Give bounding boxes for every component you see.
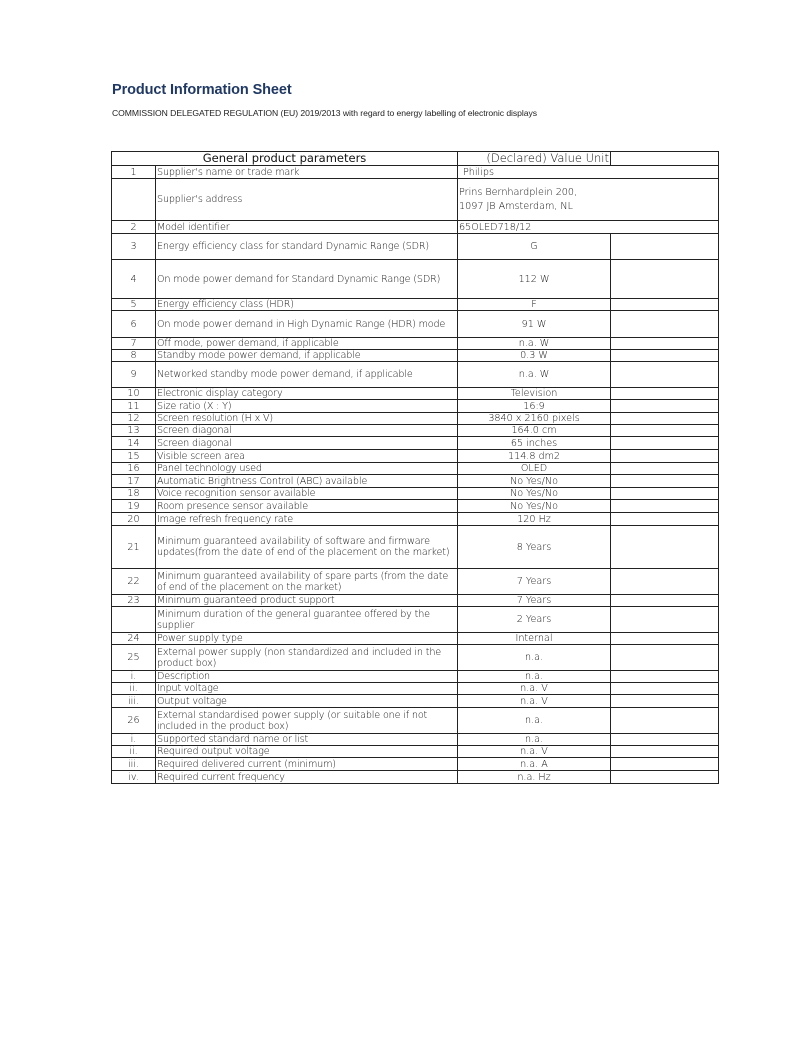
- table-row: 16Panel technology usedOLED: [112, 463, 719, 475]
- declared-value: 8 Years: [458, 526, 611, 569]
- declared-value: G: [458, 234, 611, 260]
- parameter-label: Automatic Brightness Control (ABC) avail…: [156, 475, 458, 488]
- row-number: ii.: [112, 746, 156, 758]
- parameter-label: External power supply (non standardized …: [156, 645, 458, 671]
- declared-value: 3840 x 2160 pixels: [458, 413, 611, 425]
- row-number: 3: [112, 234, 156, 260]
- row-number: 9: [112, 362, 156, 388]
- row-number: 21: [112, 526, 156, 569]
- table-row: 25External power supply (non standardize…: [112, 645, 719, 671]
- parameter-label: Image refresh frequency rate: [156, 513, 458, 526]
- parameter-label: Minimum guaranteed product support: [156, 595, 458, 607]
- declared-value: No Yes/No: [458, 500, 611, 513]
- table-row: 17Automatic Brightness Control (ABC) ava…: [112, 475, 719, 488]
- row-number: 6: [112, 311, 156, 338]
- parameter-label: Minimum duration of the general guarante…: [156, 607, 458, 633]
- parameter-label: Size ratio (X : Y): [156, 400, 458, 413]
- row-number: 18: [112, 488, 156, 500]
- unit-empty-cell: [611, 437, 719, 450]
- table-row: iii.Output voltagen.a. V: [112, 695, 719, 708]
- row-number: 14: [112, 437, 156, 450]
- table-row: i.Supported standard name or listn.a.: [112, 734, 719, 746]
- parameter-label: Description: [156, 671, 458, 683]
- table-row: 21Minimum guaranteed availability of sof…: [112, 526, 719, 569]
- declared-value: 91 W: [458, 311, 611, 338]
- unit-empty-cell: [611, 695, 719, 708]
- unit-empty-cell: [611, 362, 719, 388]
- unit-empty-cell: [611, 425, 719, 437]
- table-row: 18Voice recognition sensor availableNo Y…: [112, 488, 719, 500]
- table-row: 7Off mode, power demand, if applicablen.…: [112, 338, 719, 350]
- parameter-label: Energy efficiency class (HDR): [156, 299, 458, 311]
- declared-value: n.a.: [458, 734, 611, 746]
- row-number: 7: [112, 338, 156, 350]
- declared-value: Philips: [458, 166, 719, 179]
- unit-empty-cell: [611, 671, 719, 683]
- unit-empty-cell: [611, 633, 719, 645]
- declared-value: n.a. V: [458, 683, 611, 695]
- address-line-2: 1097 JB Amsterdam, NL: [459, 201, 716, 212]
- parameter-label: Voice recognition sensor available: [156, 488, 458, 500]
- table-row: iv.Required current frequencyn.a. Hz: [112, 771, 719, 784]
- parameter-label: Required current frequency: [156, 771, 458, 784]
- declared-value: Prins Bernhardplein 200,1097 JB Amsterda…: [458, 179, 719, 221]
- parameter-label: Model identifier: [156, 221, 458, 234]
- product-parameters-table: General product parameters (Declared) Va…: [111, 151, 719, 784]
- declared-value: 65 inches: [458, 437, 611, 450]
- table-row: Minimum duration of the general guarante…: [112, 607, 719, 633]
- table-row: 11Size ratio (X : Y)16:9: [112, 400, 719, 413]
- row-number: 26: [112, 708, 156, 734]
- table-row: 2Model identifier65OLED718/12: [112, 221, 719, 234]
- unit-empty-cell: [611, 350, 719, 362]
- row-number: 20: [112, 513, 156, 526]
- unit-empty-cell: [611, 388, 719, 400]
- unit-empty-cell: [611, 645, 719, 671]
- row-number: i.: [112, 734, 156, 746]
- table-row: 1Supplier's name or trade markPhilips: [112, 166, 719, 179]
- row-number: 22: [112, 569, 156, 595]
- unit-empty-cell: [611, 311, 719, 338]
- regulation-subtitle: COMMISSION DELEGATED REGULATION (EU) 201…: [112, 108, 537, 118]
- table-row: ii.Input voltagen.a. V: [112, 683, 719, 695]
- row-number: iii.: [112, 695, 156, 708]
- declared-value: n.a. Hz: [458, 771, 611, 784]
- table-row: 26External standardised power supply (or…: [112, 708, 719, 734]
- unit-empty-cell: [611, 513, 719, 526]
- table-row: 10Electronic display categoryTelevision: [112, 388, 719, 400]
- table-row: 3Energy efficiency class for standard Dy…: [112, 234, 719, 260]
- parameter-label: Standby mode power demand, if applicable: [156, 350, 458, 362]
- row-number: 12: [112, 413, 156, 425]
- parameter-label: Visible screen area: [156, 450, 458, 463]
- table-row: 15Visible screen area114.8 dm2: [112, 450, 719, 463]
- declared-value: n.a. A: [458, 758, 611, 771]
- row-number: 4: [112, 260, 156, 299]
- row-number: 15: [112, 450, 156, 463]
- parameter-label: Screen diagonal: [156, 425, 458, 437]
- parameter-label: Room presence sensor available: [156, 500, 458, 513]
- parameter-label: On mode power demand for Standard Dynami…: [156, 260, 458, 299]
- parameter-label: Power supply type: [156, 633, 458, 645]
- declared-value: Television: [458, 388, 611, 400]
- table-row: 24Power supply typeInternal: [112, 633, 719, 645]
- unit-empty-cell: [611, 234, 719, 260]
- unit-empty-cell: [611, 683, 719, 695]
- declared-value: n.a. V: [458, 746, 611, 758]
- table-row: 12Screen resolution (H x V)3840 x 2160 p…: [112, 413, 719, 425]
- unit-empty-cell: [611, 463, 719, 475]
- parameter-label: Output voltage: [156, 695, 458, 708]
- unit-empty-cell: [611, 758, 719, 771]
- row-number: 25: [112, 645, 156, 671]
- table-row: ii.Required output voltagen.a. V: [112, 746, 719, 758]
- parameter-label: Panel technology used: [156, 463, 458, 475]
- table-row: 22Minimum guaranteed availability of spa…: [112, 569, 719, 595]
- header-general-product-parameters: General product parameters: [112, 152, 458, 166]
- unit-empty-cell: [611, 526, 719, 569]
- unit-empty-cell: [611, 450, 719, 463]
- declared-value: 7 Years: [458, 569, 611, 595]
- row-number: [112, 607, 156, 633]
- table-row: iii.Required delivered current (minimum)…: [112, 758, 719, 771]
- unit-empty-cell: [611, 299, 719, 311]
- unit-empty-cell: [611, 595, 719, 607]
- parameter-label: Electronic display category: [156, 388, 458, 400]
- declared-value: 65OLED718/12: [458, 221, 719, 234]
- unit-empty-cell: [611, 734, 719, 746]
- page-title: Product Information Sheet: [112, 82, 292, 98]
- row-number: ii.: [112, 683, 156, 695]
- declared-value: n.a. W: [458, 362, 611, 388]
- row-number: 5: [112, 299, 156, 311]
- row-number: 19: [112, 500, 156, 513]
- unit-empty-cell: [611, 488, 719, 500]
- declared-value: No Yes/No: [458, 488, 611, 500]
- parameter-label: Supported standard name or list: [156, 734, 458, 746]
- table-row: 14Screen diagonal65 inches: [112, 437, 719, 450]
- parameter-label: External standardised power supply (or s…: [156, 708, 458, 734]
- unit-empty-cell: [611, 746, 719, 758]
- address-line-1: Prins Bernhardplein 200,: [459, 187, 716, 198]
- parameter-label: Energy efficiency class for standard Dyn…: [156, 234, 458, 260]
- unit-empty-cell: [611, 400, 719, 413]
- table-row: 4On mode power demand for Standard Dynam…: [112, 260, 719, 299]
- table-row: 8Standby mode power demand, if applicabl…: [112, 350, 719, 362]
- unit-empty-cell: [611, 771, 719, 784]
- unit-empty-cell: [611, 708, 719, 734]
- parameter-label: Input voltage: [156, 683, 458, 695]
- table-row: 5Energy efficiency class (HDR)F: [112, 299, 719, 311]
- declared-value: n.a. V: [458, 695, 611, 708]
- parameter-label: Screen resolution (H x V): [156, 413, 458, 425]
- declared-value: n.a.: [458, 671, 611, 683]
- declared-value: 120 Hz: [458, 513, 611, 526]
- row-number: iv.: [112, 771, 156, 784]
- parameter-label: Minimum guaranteed availability of softw…: [156, 526, 458, 569]
- parameter-label: On mode power demand in High Dynamic Ran…: [156, 311, 458, 338]
- table-row: 9Networked standby mode power demand, if…: [112, 362, 719, 388]
- declared-value: n.a.: [458, 708, 611, 734]
- parameter-label: Off mode, power demand, if applicable: [156, 338, 458, 350]
- declared-value: Internal: [458, 633, 611, 645]
- row-number: 10: [112, 388, 156, 400]
- parameter-label: Required output voltage: [156, 746, 458, 758]
- header-empty-cell: [611, 152, 719, 166]
- declared-value: No Yes/No: [458, 475, 611, 488]
- declared-value: 164.0 cm: [458, 425, 611, 437]
- table-row: 23Minimum guaranteed product support7 Ye…: [112, 595, 719, 607]
- row-number: 24: [112, 633, 156, 645]
- declared-value: 2 Years: [458, 607, 611, 633]
- unit-empty-cell: [611, 607, 719, 633]
- row-number: 1: [112, 166, 156, 179]
- table-header-row: General product parameters (Declared) Va…: [112, 152, 719, 166]
- declared-value: 16:9: [458, 400, 611, 413]
- declared-value: 114.8 dm2: [458, 450, 611, 463]
- row-number: iii.: [112, 758, 156, 771]
- declared-value: OLED: [458, 463, 611, 475]
- header-declared-value-unit: (Declared) Value Unit: [458, 152, 611, 166]
- table-row: 20Image refresh frequency rate120 Hz: [112, 513, 719, 526]
- parameter-label: Supplier's address: [156, 179, 458, 221]
- row-number: [112, 179, 156, 221]
- row-number: 11: [112, 400, 156, 413]
- unit-empty-cell: [611, 475, 719, 488]
- row-number: 23: [112, 595, 156, 607]
- parameter-label: Screen diagonal: [156, 437, 458, 450]
- table-row: 19Room presence sensor availableNo Yes/N…: [112, 500, 719, 513]
- table-row: Supplier's addressPrins Bernhardplein 20…: [112, 179, 719, 221]
- parameter-label: Supplier's name or trade mark: [156, 166, 458, 179]
- declared-value: 7 Years: [458, 595, 611, 607]
- row-number: 8: [112, 350, 156, 362]
- declared-value: F: [458, 299, 611, 311]
- table-row: 6On mode power demand in High Dynamic Ra…: [112, 311, 719, 338]
- declared-value: 0.3 W: [458, 350, 611, 362]
- unit-empty-cell: [611, 500, 719, 513]
- row-number: 13: [112, 425, 156, 437]
- row-number: 16: [112, 463, 156, 475]
- parameter-label: Required delivered current (minimum): [156, 758, 458, 771]
- unit-empty-cell: [611, 260, 719, 299]
- unit-empty-cell: [611, 413, 719, 425]
- table-row: i.Descriptionn.a.: [112, 671, 719, 683]
- table-row: 13Screen diagonal164.0 cm: [112, 425, 719, 437]
- row-number: i.: [112, 671, 156, 683]
- declared-value: 112 W: [458, 260, 611, 299]
- unit-empty-cell: [611, 338, 719, 350]
- unit-empty-cell: [611, 569, 719, 595]
- declared-value: n.a. W: [458, 338, 611, 350]
- declared-value: n.a.: [458, 645, 611, 671]
- parameter-label: Networked standby mode power demand, if …: [156, 362, 458, 388]
- row-number: 17: [112, 475, 156, 488]
- row-number: 2: [112, 221, 156, 234]
- parameter-label: Minimum guaranteed availability of spare…: [156, 569, 458, 595]
